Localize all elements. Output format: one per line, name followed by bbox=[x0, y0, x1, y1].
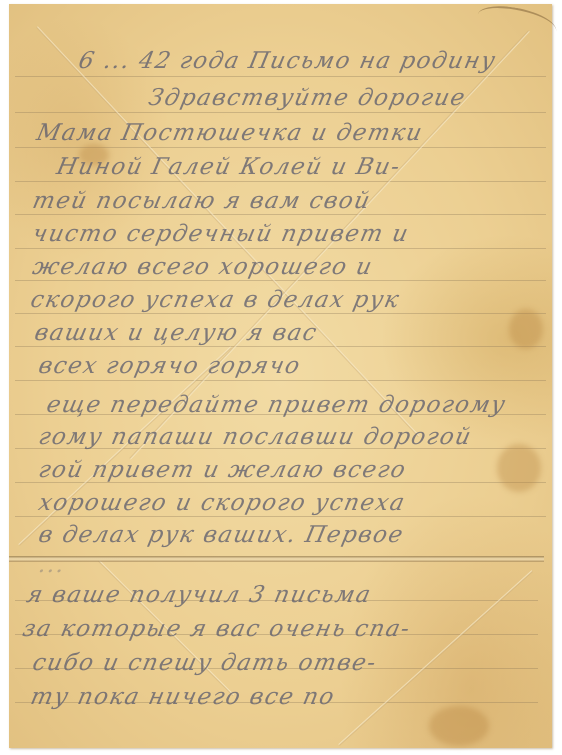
handwritten-line: всех горячо горячо bbox=[36, 353, 303, 379]
handwritten-line: в делах рук ваших. Первое bbox=[36, 522, 406, 548]
handwritten-line: гой привет и желаю всего bbox=[36, 457, 409, 483]
paper-stain bbox=[509, 309, 543, 349]
handwritten-line: Здравствуйте дорогие bbox=[146, 85, 468, 111]
letter-paper: 6 ... 42 года Письмо на родину Здравству… bbox=[9, 4, 552, 748]
handwritten-line: сибо и спешу дать отве- bbox=[30, 650, 379, 676]
ruled-line bbox=[15, 248, 546, 249]
handwritten-line: еще передайте привет дорогому bbox=[44, 392, 509, 418]
ruled-line bbox=[15, 346, 546, 347]
ruled-line bbox=[15, 214, 546, 215]
handwritten-line: Мама Постюшечка и детки bbox=[34, 120, 425, 146]
paper-stain bbox=[429, 706, 489, 746]
handwritten-line: гому папаши пославши дорогой bbox=[36, 424, 474, 450]
ruled-line bbox=[15, 280, 546, 281]
ruled-line bbox=[15, 112, 546, 113]
handwritten-line: чисто сердечный привет и bbox=[30, 221, 411, 247]
ruled-line bbox=[15, 313, 546, 314]
ruled-line bbox=[15, 181, 546, 182]
ruled-line bbox=[15, 76, 546, 77]
handwritten-line: я ваше получил 3 письма bbox=[24, 582, 374, 608]
ruled-line bbox=[15, 516, 546, 517]
ruled-line bbox=[15, 380, 546, 381]
handwritten-line: 6 ... 42 года Письмо на родину bbox=[76, 48, 498, 74]
handwritten-line: Ниной Галей Колей и Ви- bbox=[54, 154, 403, 180]
handwritten-line-obscured: ... bbox=[36, 552, 68, 578]
paper-stain bbox=[497, 444, 541, 492]
handwritten-line: ту пока ничего все по bbox=[28, 684, 337, 710]
handwritten-line: желаю всего хорошего и bbox=[30, 254, 375, 280]
handwritten-line: за которые я вас очень спа- bbox=[20, 616, 413, 642]
handwritten-line: хорошего и скорого успеха bbox=[36, 490, 408, 516]
handwritten-line: скорого успеха в делах рук bbox=[28, 287, 402, 313]
handwritten-line: ваших и целую я вас bbox=[32, 320, 320, 346]
horizontal-fold bbox=[9, 556, 544, 562]
handwritten-line: тей посылаю я вам свой bbox=[30, 188, 373, 214]
